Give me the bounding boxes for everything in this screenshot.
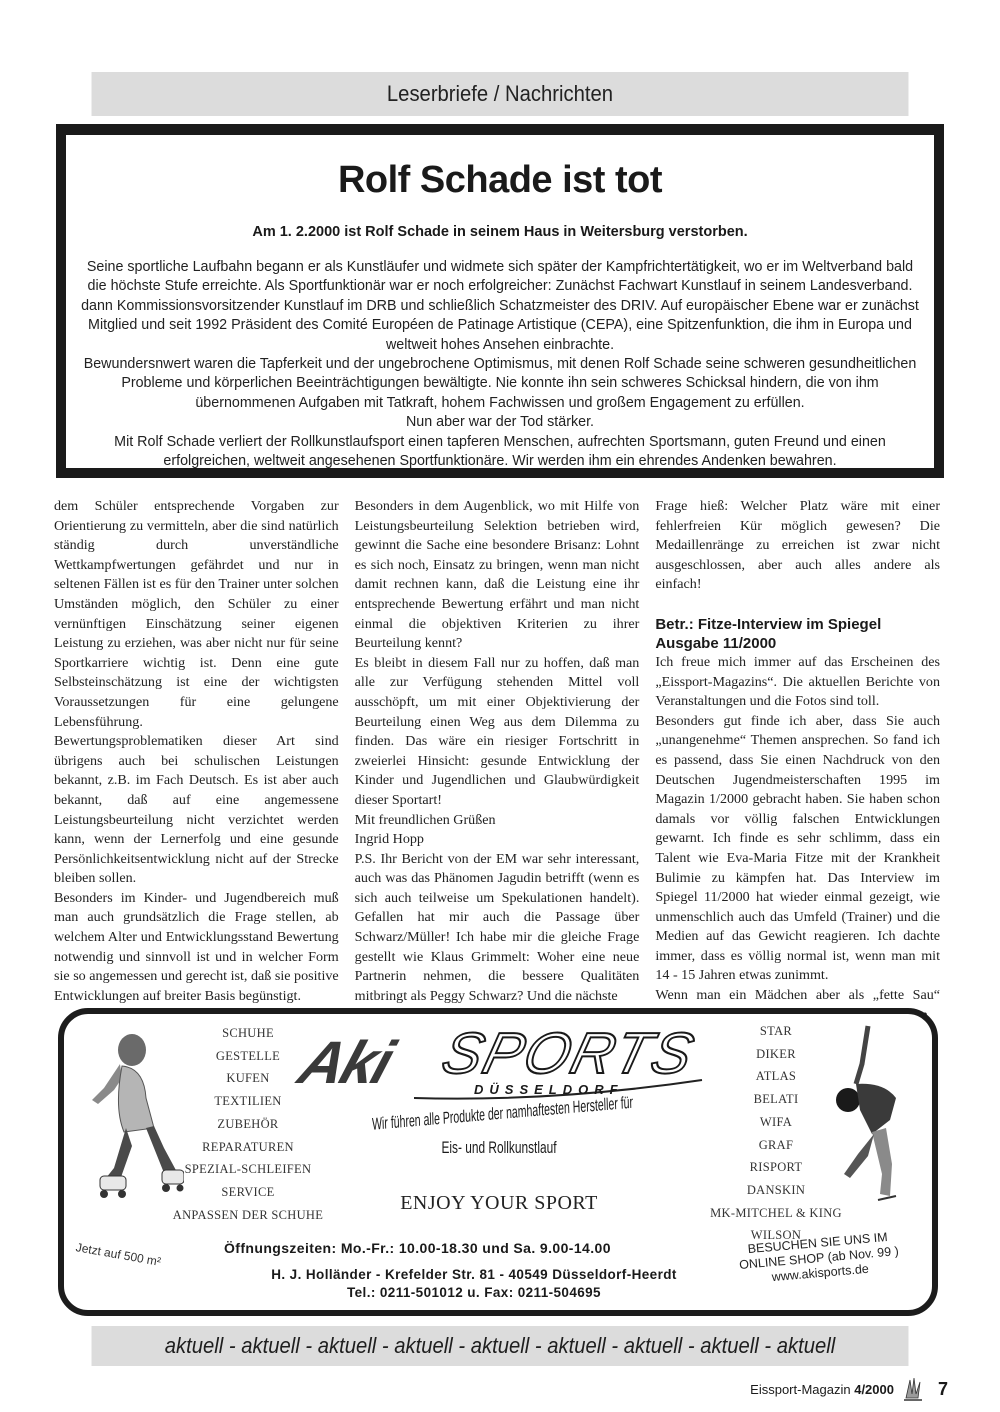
obituary-title: Rolf Schade ist tot [66,159,934,202]
akisports-advertisement: SCHUHE GESTELLE KUFEN TEXTILIEN ZUBEHÖR … [58,1008,938,1316]
page-footer: Eissport-Magazin 4/2000 7 [750,1376,948,1402]
ad-address-line: H. J. Holländer - Krefelder Str. 81 - 40… [224,1266,724,1284]
obituary-paragraph: Mit Rolf Schade verliert der Rollkunstla… [78,433,922,472]
letter-paragraph: Frage hieß: Welcher Platz wäre mit einer… [655,497,940,595]
footer-magazine-name: Eissport-Magazin [750,1382,850,1397]
obituary-body: Seine sportliche Laufbahn begann er als … [78,258,922,471]
service-item: SPEZIAL-SCHLEIFEN [164,1158,332,1181]
letter-heading: Betr.: Fitze-Interview im Spiegel Ausgab… [655,615,940,653]
section-banner: Leserbriefe / Nachrichten [92,72,909,116]
footer-issue: 4/2000 [854,1382,894,1397]
ad-area-note: Jetzt auf 500 m² [75,1240,162,1269]
letter-paragraph: Es bleibt in diesem Fall nur zu hoffen, … [355,654,640,811]
logo-aki-text: Aki [291,1028,401,1097]
obituary-paragraph: Bewundersnwert waren die Tapferkeit und … [78,355,922,413]
letters-columns: dem Schüler entsprechende Vorgaben zur O… [54,497,940,995]
ad-phone-line: Tel.: 0211-501012 u. Fax: 0211-504695 [224,1284,724,1302]
column-1: dem Schüler entsprechende Vorgaben zur O… [54,497,339,995]
letter-paragraph: dem Schüler entsprechende Vorgaben zur O… [54,497,339,732]
ad-contact: H. J. Holländer - Krefelder Str. 81 - 40… [224,1266,724,1302]
spacer [655,595,940,615]
letter-postscript: P.S. Ihr Bericht von der EM war sehr int… [355,850,640,1007]
letter-paragraph: Besonders gut finde ich aber, dass Sie a… [655,712,940,986]
obituary-lead: Am 1. 2.2000 ist Rolf Schade in seinem H… [66,224,934,240]
obituary-box: Rolf Schade ist tot Am 1. 2.2000 ist Rol… [56,124,944,478]
column-3: Frage hieß: Welcher Platz wäre mit einer… [655,497,940,995]
letter-paragraph: Ich freue mich immer auf das Erscheinen … [655,653,940,712]
obituary-paragraph: Nun aber war der Tod stärker. [78,413,922,432]
letter-paragraph: Besonders in dem Augenblick, wo mit Hilf… [355,497,640,654]
obituary-paragraph: Seine sportliche Laufbahn begann er als … [78,258,922,355]
aktuell-text: aktuell - aktuell - aktuell - aktuell - … [165,1333,835,1358]
letter-closing: Mit freundlichen Grüßen [355,811,640,831]
ice-skater-illustration-icon [834,1024,904,1209]
page-number: 7 [938,1379,948,1400]
service-item: REPARATUREN [164,1136,332,1159]
service-item: ZUBEHÖR [164,1113,332,1136]
letter-paragraph: Bewertungsproblematiken dieser Art sind … [54,732,339,889]
ad-slogan: ENJOY YOUR SPORT [294,1192,704,1215]
letter-paragraph: Besonders im Kinder- und Jugendbereich m… [54,889,339,1007]
akisports-logo: Aki SPORTS DÜSSELDORF [294,1018,704,1098]
section-title: Leserbriefe / Nachrichten [387,81,613,106]
letter-signature: Ingrid Hopp [355,830,640,850]
footer-magazine: Eissport-Magazin 4/2000 [750,1382,894,1397]
logo-sports-text: SPORTS [436,1020,702,1087]
skate-blade-logo-icon [902,1376,924,1402]
column-2: Besonders in dem Augenblick, wo mit Hilf… [355,497,640,995]
aktuell-banner: aktuell - aktuell - aktuell - aktuell - … [92,1326,909,1366]
ad-opening-hours: Öffnungszeiten: Mo.-Fr.: 10.00-18.30 und… [224,1240,611,1256]
ad-tagline-sub: Eis- und Rollkunstlauf [356,1138,643,1158]
